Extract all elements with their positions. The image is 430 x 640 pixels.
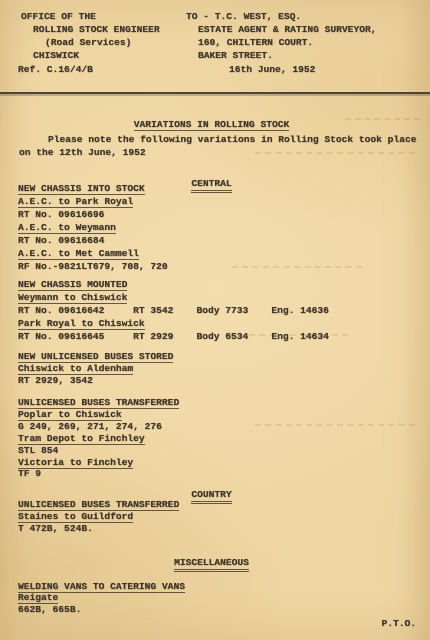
route-line: Weymann to Chiswick — [18, 292, 127, 304]
detail-line: G 249, 269, 271, 274, 276 — [18, 421, 162, 433]
ref-number: Ref. C.16/4/B — [18, 64, 93, 76]
pto-note: P.T.O. — [381, 618, 416, 630]
route-text: A.E.C. to Park Royal — [18, 196, 133, 208]
region-heading-text: COUNTRY — [191, 489, 231, 504]
detail-line: RT 2929, 3542 — [18, 375, 93, 387]
route-line: Park Royal to Chiswick — [18, 318, 145, 330]
intro-paragraph-line-1: Please note the following variations in … — [48, 134, 416, 146]
route-text: Weymann to Chiswick — [18, 292, 127, 304]
office-line: ROLLING STOCK ENGINEER — [33, 24, 160, 36]
route-text: A.E.C. to Met Cammell — [18, 248, 139, 260]
section-title-text: UNLICENSED BUSES TRANSFERRED — [18, 499, 179, 511]
route-line: Tram Depot to Finchley — [18, 433, 145, 445]
section-title: UNLICENSED BUSES TRANSFERRED — [18, 397, 179, 409]
route-text: Staines to Guildford — [18, 511, 133, 523]
detail-line: RT No. 09616642 RT 3542 Body 7733 Eng. 1… — [18, 305, 329, 317]
recipient-line: 160, CHILTERN COURT. — [198, 37, 313, 49]
detail-line: RT No. 09616696 — [18, 209, 104, 221]
route-text: A.E.C. to Weymann — [18, 222, 116, 234]
office-line: OFFICE OF THE — [21, 11, 96, 23]
route-text: Chiswick to Aldenham — [18, 363, 133, 375]
route-line: Reigate — [18, 592, 58, 604]
office-line: (Road Services) — [45, 37, 131, 49]
section-title: NEW CHASSIS INTO STOCK — [18, 183, 145, 195]
recipient-line: BAKER STREET. — [198, 50, 273, 62]
route-line: A.E.C. to Park Royal — [18, 196, 133, 208]
section-title-text: NEW UNLICENSED BUSES STORED — [18, 351, 173, 363]
route-text: Reigate — [18, 592, 58, 604]
detail-line: RT No. 09616645 RT 2929 Body 6534 Eng. 1… — [18, 331, 329, 343]
recipient-to-line: TO - T.C. WEST, ESQ. — [186, 11, 301, 23]
letter-date: 16th June, 1952 — [229, 64, 315, 76]
recipient-line: ESTATE AGENT & RATING SURVEYOR, — [198, 24, 376, 36]
route-line: Staines to Guildford — [18, 511, 133, 523]
section-title-text: NEW CHASSIS INTO STOCK — [18, 183, 145, 195]
region-heading-miscellaneous: MISCELLANEOUS — [0, 545, 400, 581]
detail-line: RT No. 09616684 — [18, 235, 104, 247]
scan-artifact — [232, 266, 362, 268]
section-title: NEW CHASSIS MOUNTED — [18, 279, 127, 291]
detail-line: STL 854 — [18, 445, 58, 457]
route-line: Poplar to Chiswick — [18, 409, 122, 421]
section-title-text: NEW CHASSIS MOUNTED — [18, 279, 127, 291]
route-line: A.E.C. to Weymann — [18, 222, 116, 234]
route-text: Poplar to Chiswick — [18, 409, 122, 421]
header-rule — [0, 92, 430, 94]
section-title: NEW UNLICENSED BUSES STORED — [18, 351, 173, 363]
route-text: Park Royal to Chiswick — [18, 318, 145, 330]
region-heading-text: CENTRAL — [191, 178, 231, 193]
route-line: A.E.C. to Met Cammell — [18, 248, 139, 260]
region-heading-text: MISCELLANEOUS — [174, 557, 249, 572]
detail-line: 662B, 665B. — [18, 604, 81, 616]
document-title-text: VARIATIONS IN ROLLING STOCK — [134, 119, 289, 131]
route-text: Tram Depot to Finchley — [18, 433, 145, 445]
detail-line: T 472B, 524B. — [18, 523, 93, 535]
office-line: CHISWICK — [33, 50, 79, 62]
scanned-document-page: OFFICE OF THE ROLLING STOCK ENGINEER (Ro… — [0, 0, 430, 640]
intro-paragraph-line-2: on the 12th June, 1952 — [19, 147, 146, 159]
route-line: Chiswick to Aldenham — [18, 363, 133, 375]
detail-line: RF No.-9821LT679, 708, 720 — [18, 261, 168, 273]
scan-artifact — [255, 424, 415, 426]
section-title: UNLICENSED BUSES TRANSFERRED — [18, 499, 179, 511]
section-title-text: UNLICENSED BUSES TRANSFERRED — [18, 397, 179, 409]
scan-artifact — [255, 152, 415, 154]
